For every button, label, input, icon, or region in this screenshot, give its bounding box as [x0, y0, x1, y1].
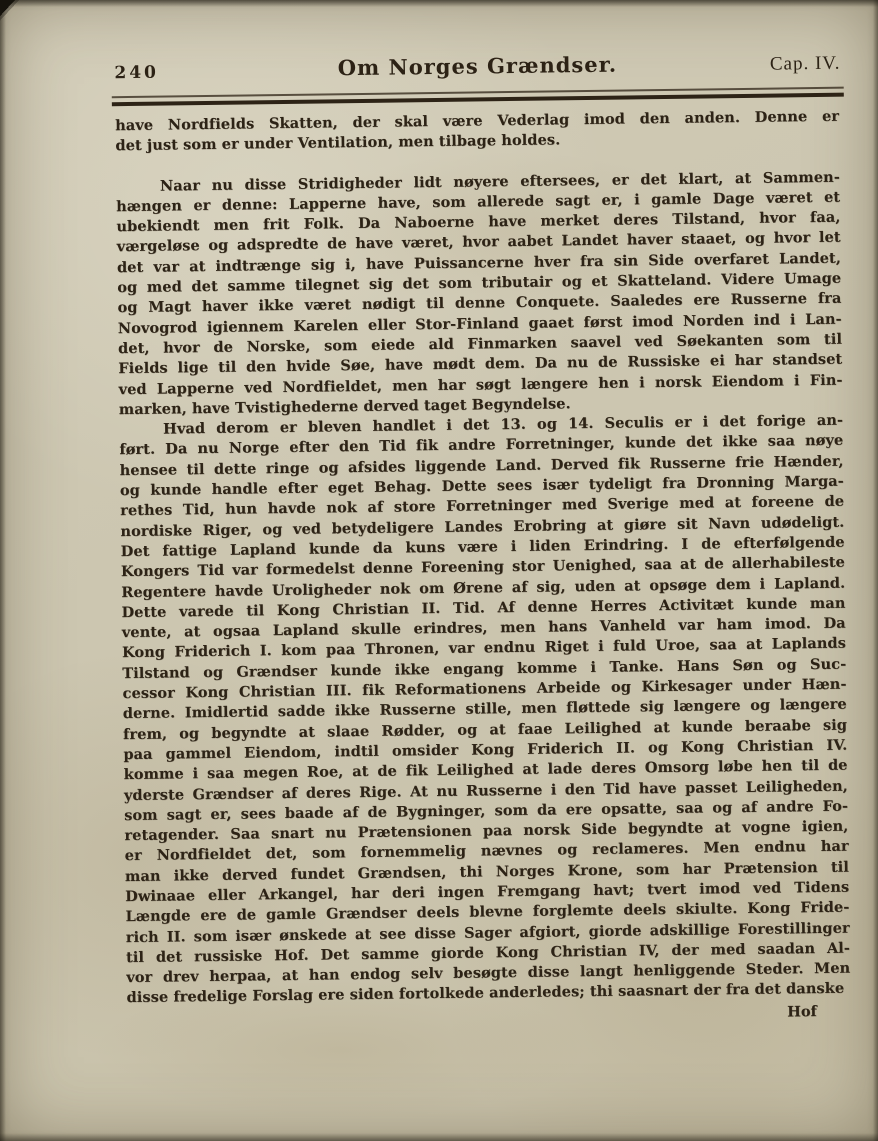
book-page: 240 Om Norges Grændser. Cap. IV. have No… — [0, 0, 878, 1141]
page-number: 240 — [114, 62, 244, 84]
chapter-label: Cap. IV. — [710, 53, 840, 77]
paragraph: Hvad derom er bleven handlet i det 13. o… — [119, 411, 851, 1009]
running-title: Om Norges Grændser. — [244, 50, 710, 81]
page-content: 240 Om Norges Grændser. Cap. IV. have No… — [0, 0, 878, 1141]
page-text: have Nordfields Skatten, der skal være V… — [115, 107, 851, 1009]
paragraph: have Nordfields Skatten, der skal være V… — [115, 107, 839, 157]
page-header: 240 Om Norges Grændser. Cap. IV. — [114, 49, 840, 85]
header-rule — [112, 87, 844, 107]
paragraph: Naar nu disse Stridigheder lidt nøyere e… — [116, 167, 843, 420]
